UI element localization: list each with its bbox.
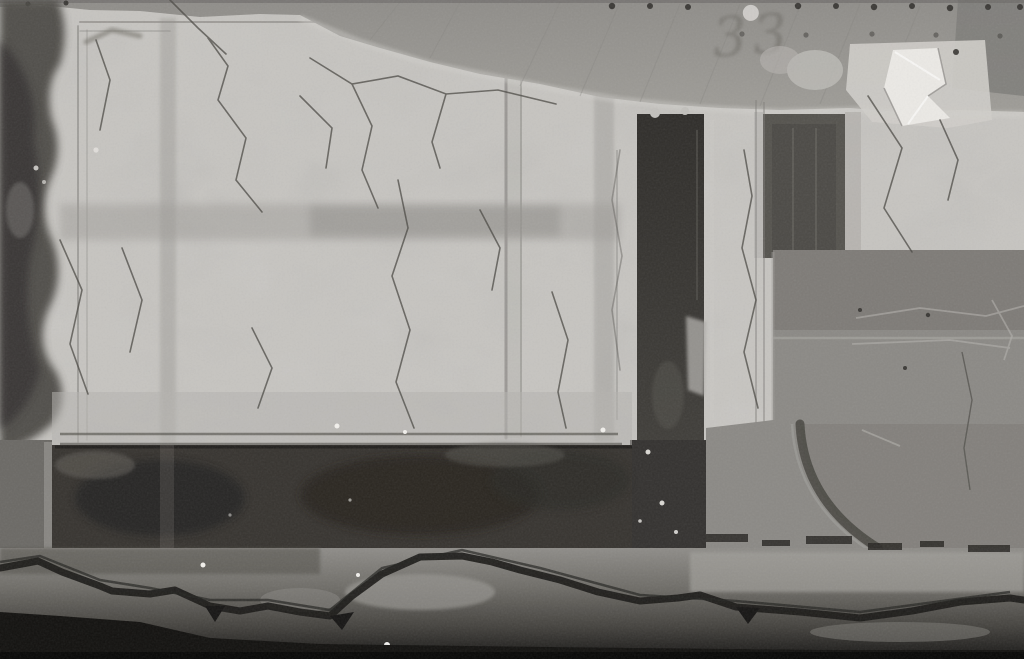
film-grain-overlay	[0, 0, 1024, 659]
fresco-photograph: 33	[0, 0, 1024, 659]
fresco-scene: 33	[0, 0, 1024, 659]
